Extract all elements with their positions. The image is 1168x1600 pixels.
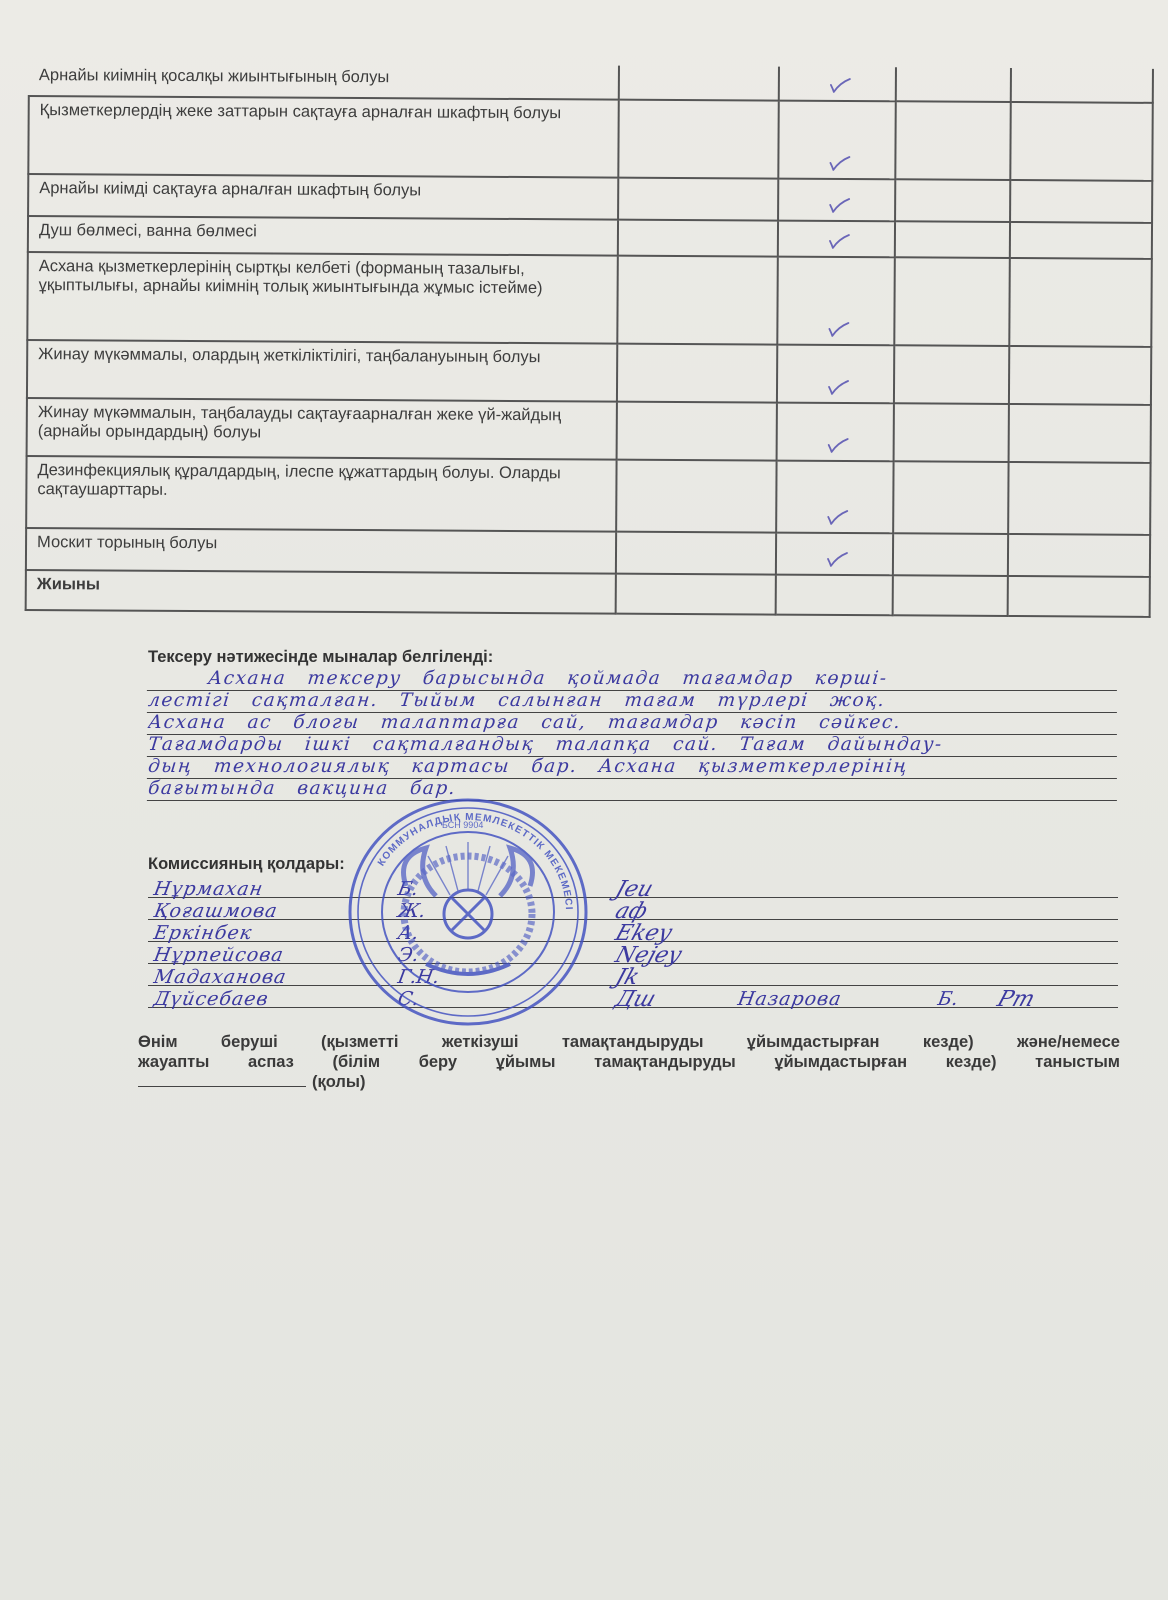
table-row: Асхана қызметкерлерінің сыртқы келбеті (… [27, 252, 1152, 347]
member-initials: Б. [396, 879, 420, 899]
ack-signature-row: (қолы) [138, 1072, 1120, 1092]
compliance-cell[interactable] [778, 179, 895, 222]
findings-line: Асхана тексеру барысында қоймада тағамда… [147, 669, 1119, 691]
checkmark-icon [826, 320, 850, 338]
member-initials: С. [396, 989, 420, 1009]
svg-text:БСН 9904: БСН 9904 [442, 820, 483, 830]
empty-cell[interactable] [1010, 180, 1152, 223]
member-initials: Б. [936, 989, 960, 1009]
signature-caption: (қолы) [312, 1073, 366, 1091]
empty-cell[interactable] [617, 344, 777, 403]
checkmark-icon [825, 508, 849, 526]
member-initials: Э. [396, 945, 420, 965]
empty-cell[interactable] [1009, 346, 1151, 405]
findings-line: бағытында вакцина бар. [147, 779, 1119, 801]
criterion-label: Москит торының болуы [26, 528, 616, 574]
empty-cell[interactable] [895, 179, 1010, 222]
signature-line: НұрпейсоваЭ.Nejey [148, 942, 1118, 964]
empty-cell[interactable] [617, 402, 777, 461]
total-cell[interactable] [776, 575, 893, 616]
findings-line: лестігі сақталған. Тыйым салынған тағам … [147, 691, 1119, 713]
compliance-cell[interactable] [777, 345, 894, 404]
criterion-label: Жинау мүкәммалын, таңбалауды сақтауғаарн… [27, 398, 617, 460]
checkmark-icon [827, 154, 851, 172]
empty-cell[interactable] [1008, 462, 1150, 535]
empty-cell[interactable] [1010, 102, 1152, 181]
signatures-title: Комиссияның қолдары: [148, 855, 1118, 874]
member-initials: Ж. [396, 901, 427, 921]
member-name: Мадаханова [152, 967, 288, 987]
member-name: Еркінбек [152, 923, 254, 943]
empty-cell[interactable] [1010, 222, 1152, 259]
inspection-checklist: Арнайы киімнің қосалқы жиынтығының болуы… [25, 62, 1152, 618]
total-cell[interactable] [1008, 576, 1150, 617]
table-row: Дезинфекциялық құралдардың, ілеспе құжат… [26, 456, 1150, 535]
empty-cell[interactable] [1009, 404, 1151, 463]
table-row: Қызметкерлердің жеке заттарын сақтауға а… [28, 96, 1152, 181]
signature-line: ДүйсебаевС.ДшНазароваБ.Рт [148, 986, 1118, 1008]
empty-cell[interactable] [894, 257, 1010, 346]
compliance-cell[interactable] [778, 101, 895, 180]
empty-cell[interactable] [895, 101, 1010, 180]
empty-cell[interactable] [894, 403, 1009, 462]
findings-line: дың технологиялық картасы бар. Асхана қы… [147, 757, 1119, 779]
criterion-label: Асхана қызметкерлерінің сыртқы келбеті (… [27, 252, 618, 344]
checkmark-icon [824, 550, 848, 568]
findings-title: Тексеру нәтижесінде мыналар белгіленді: [148, 648, 1118, 667]
signature-line: НұрмаханБ.Jeu [148, 876, 1118, 898]
member-signature: Nejey [613, 946, 684, 966]
empty-cell[interactable] [1009, 258, 1152, 347]
total-label: Жиыны [26, 570, 616, 614]
checkmark-icon [825, 436, 849, 454]
signature-line: ҚоғашмоваЖ.aф [148, 898, 1118, 920]
empty-cell[interactable] [616, 532, 776, 575]
table-row: Москит торының болуы [26, 528, 1150, 577]
empty-cell[interactable] [619, 66, 779, 101]
signature-blank-line[interactable] [138, 1072, 306, 1087]
member-name: Қоғашмова [152, 901, 279, 921]
findings-line: Асхана ас блогы талаптарға сай, тағамдар… [147, 713, 1119, 735]
table-row: Жинау мүкәммалын, таңбалауды сақтауғаарн… [27, 398, 1151, 463]
empty-cell[interactable] [617, 256, 778, 345]
total-cell[interactable] [893, 575, 1008, 616]
member-name: Нұрмахан [152, 879, 265, 899]
findings-section: Тексеру нәтижесінде мыналар белгіленді: … [148, 648, 1118, 801]
empty-cell[interactable] [1011, 68, 1153, 103]
member-signature: Рт [995, 990, 1037, 1010]
table-row: Арнайы киімді сақтауға арналған шкафтың … [28, 174, 1152, 223]
member-signature: Jk [613, 968, 642, 988]
empty-cell[interactable] [893, 461, 1008, 534]
findings-text: Асхана тексеру барысында қоймада тағамда… [148, 669, 1118, 801]
member-name: Назарова [736, 989, 843, 1009]
checkmark-icon [825, 378, 849, 396]
compliance-cell[interactable] [776, 533, 893, 576]
criterion-label: Арнайы киімді сақтауға арналған шкафтың … [28, 174, 618, 220]
checkmark-icon [827, 196, 851, 214]
member-name: Дүйсебаев [152, 989, 270, 1009]
checkmark-icon [827, 76, 851, 94]
empty-cell[interactable] [618, 178, 778, 221]
compliance-cell[interactable] [778, 221, 895, 258]
empty-cell[interactable] [618, 100, 778, 179]
supplier-acknowledgement: Өнім беруші (қызметті жеткізуші тамақтан… [138, 1032, 1120, 1092]
member-name: Нұрпейсова [152, 945, 285, 965]
ack-line-1: Өнім беруші (қызметті жеткізуші тамақтан… [138, 1032, 1120, 1052]
empty-cell[interactable] [1008, 534, 1150, 577]
criterion-label: Душ бөлмесі, ванна бөлмесі [28, 216, 618, 256]
total-row: Жиыны [26, 570, 1150, 617]
empty-cell[interactable] [616, 460, 776, 533]
member-signature: Дш [613, 990, 658, 1010]
empty-cell[interactable] [895, 221, 1010, 258]
empty-cell[interactable] [896, 67, 1011, 102]
empty-cell[interactable] [618, 220, 778, 257]
findings-line: Тағамдарды ішкі сақталғандық талапқа сай… [147, 735, 1119, 757]
member-signature: aф [613, 902, 650, 922]
total-cell[interactable] [616, 574, 776, 615]
empty-cell[interactable] [893, 533, 1008, 576]
signature-line: ЕркінбекА.Ekey [148, 920, 1118, 942]
compliance-cell[interactable] [779, 67, 896, 102]
member-initials: А. [396, 923, 420, 943]
signature-line: МадахановаГ.Н.Jk [148, 964, 1118, 986]
ack-line-2: жауапты аспаз (білім беру ұйымы тамақтан… [138, 1052, 1120, 1072]
checkmark-icon [826, 232, 850, 250]
compliance-cell[interactable] [776, 461, 893, 534]
member-signature: Jeu [613, 880, 656, 900]
criterion-label: Жинау мүкәммалы, олардың жеткіліктілігі,… [27, 340, 617, 402]
criterion-label: Қызметкерлердің жеке заттарын сақтауға а… [28, 96, 618, 178]
criterion-label: Арнайы киімнің қосалқы жиынтығының болуы [29, 62, 619, 100]
checklist-table: Арнайы киімнің қосалқы жиынтығының болуы… [25, 62, 1154, 618]
member-signature: Ekey [613, 924, 674, 944]
compliance-cell[interactable] [777, 403, 894, 462]
table-row: Жинау мүкәммалы, олардың жеткіліктілігі,… [27, 340, 1151, 405]
member-initials: Г.Н. [396, 967, 441, 987]
empty-cell[interactable] [894, 345, 1009, 404]
compliance-cell[interactable] [777, 257, 895, 346]
criterion-label: Дезинфекциялық құралдардың, ілеспе құжат… [26, 456, 616, 532]
commission-signatures: Комиссияның қолдары: НұрмаханБ.JeuҚоғашм… [148, 855, 1118, 1008]
